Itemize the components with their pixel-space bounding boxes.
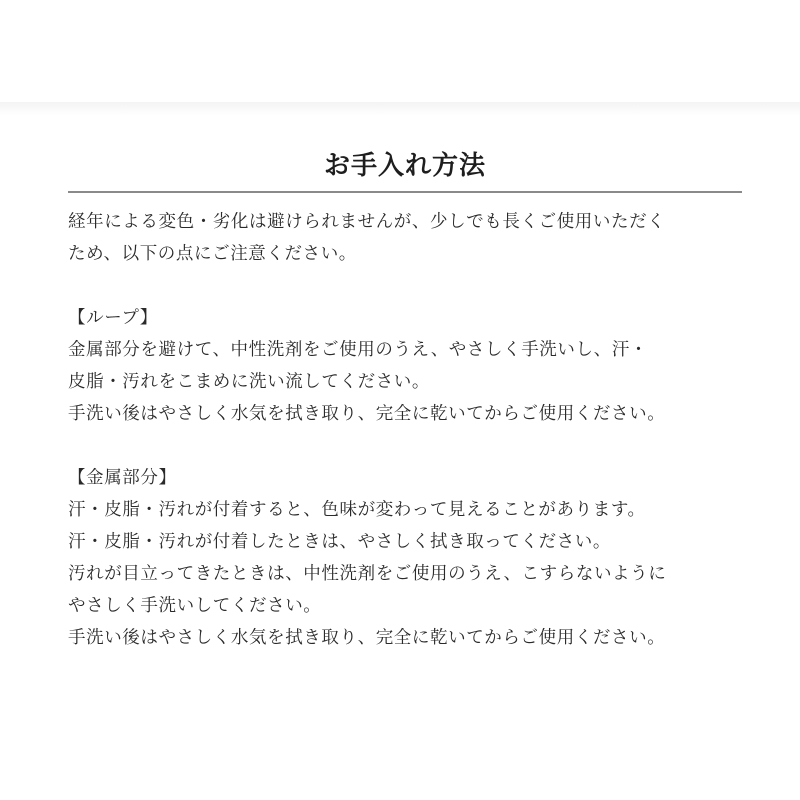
- section-line: 手洗い後はやさしく水気を拭き取り、完全に乾いてからご使用ください。: [68, 622, 742, 654]
- header-shadow-divider: [0, 102, 800, 116]
- intro-paragraph: 経年による変色・劣化は避けられませんが、少しでも長くご使用いただく ため、以下の…: [68, 206, 742, 270]
- section-loop: 【ループ】 金属部分を避けて、中性洗剤をご使用のうえ、やさしく手洗いし、汗・ 皮…: [68, 302, 742, 430]
- title-underline-rule: [68, 191, 742, 193]
- top-blank-band: [0, 0, 800, 102]
- section-heading-metal-parts: 【金属部分】: [68, 462, 742, 494]
- section-line: 汗・皮脂・汚れが付着したときは、やさしく拭き取ってください。: [68, 526, 742, 558]
- section-line: 汗・皮脂・汚れが付着すると、色味が変わって見えることがあります。: [68, 494, 742, 526]
- care-instructions-panel: お手入れ方法 経年による変色・劣化は避けられませんが、少しでも長くご使用いただく…: [68, 148, 742, 654]
- section-line: 手洗い後はやさしく水気を拭き取り、完全に乾いてからご使用ください。: [68, 398, 742, 430]
- section-heading-loop: 【ループ】: [68, 302, 742, 334]
- intro-line: 経年による変色・劣化は避けられませんが、少しでも長くご使用いただく: [68, 206, 742, 238]
- section-line: やさしく手洗いしてください。: [68, 590, 742, 622]
- section-line: 金属部分を避けて、中性洗剤をご使用のうえ、やさしく手洗いし、汗・: [68, 334, 742, 366]
- section-line: 皮脂・汚れをこまめに洗い流してください。: [68, 366, 742, 398]
- page-title: お手入れ方法: [68, 148, 742, 184]
- section-metal-parts: 【金属部分】 汗・皮脂・汚れが付着すると、色味が変わって見えることがあります。 …: [68, 462, 742, 654]
- intro-line: ため、以下の点にご注意ください。: [68, 238, 742, 270]
- section-line: 汚れが目立ってきたときは、中性洗剤をご使用のうえ、こすらないように: [68, 558, 742, 590]
